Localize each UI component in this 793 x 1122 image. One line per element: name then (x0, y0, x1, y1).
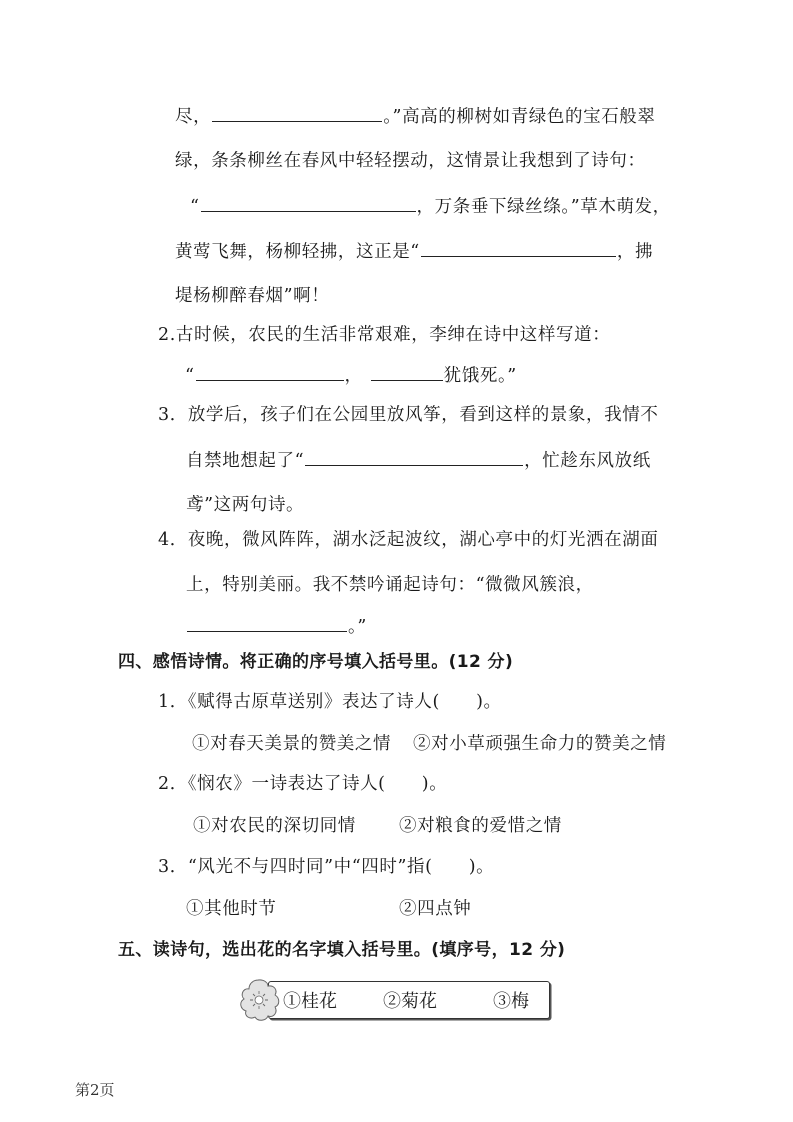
flower-option-3[interactable]: ③梅 (493, 987, 529, 1013)
section-4-question-1: 1．《赋得古原草送别》表达了诗人( )。 (158, 690, 502, 714)
section-4-question-2: 2．《悯农》一诗表达了诗人( )。 (158, 772, 447, 796)
section-5-heading: 五、读诗句，选出花的名字填入括号里。(填序号，12 分) (118, 938, 565, 962)
blank-2[interactable] (201, 194, 416, 212)
fill-line-3: “，万条垂下绿丝绦。”草木萌发， (190, 194, 671, 219)
fill-line-4: 黄莺飞舞，杨柳轻拂，这正是“，拂 (175, 239, 653, 264)
blank-6[interactable] (305, 448, 523, 466)
text: 。”高高的柳树如青绿色的宝石般翠 (383, 107, 655, 127)
text: 黄莺飞舞，杨柳轻拂，这正是“ (175, 242, 420, 262)
section-4-q2-option-2[interactable]: ②对粮食的爱惜之情 (399, 814, 562, 838)
section-4-q2-option-1[interactable]: ①对农民的深切同情 (193, 814, 356, 838)
question-3-line-1: 3．放学后，孩子们在公园里放风筝，看到这样的景象，我情不 (158, 403, 658, 427)
question-3-line-2: 自禁地想起了“，忙趁东风放纸 (186, 448, 651, 473)
flower-option-2[interactable]: ②菊花 (383, 987, 437, 1013)
blank-4[interactable] (196, 363, 344, 381)
question-2-text: 2.古时候，农民的生活非常艰难，李绅在诗中这样写道： (158, 323, 610, 347)
blank-1[interactable] (212, 104, 382, 122)
flower-option-1[interactable]: ①桂花 (283, 987, 337, 1013)
question-2-fill: “，犹饿死。” (185, 363, 517, 388)
question-4-line-2: 上，特别美丽。我不禁吟诵起诗句：“微微风簇浪， (186, 573, 594, 597)
blank-5[interactable] (371, 363, 443, 381)
text: ，忙趁东风放纸 (524, 451, 651, 471)
text: 自禁地想起了“ (186, 451, 304, 471)
section-4-q3-option-2[interactable]: ②四点钟 (399, 897, 471, 921)
fill-line-5: 堤杨柳醉春烟”啊！ (175, 284, 329, 308)
text: 尽， (175, 107, 211, 127)
section-4-q3-option-1[interactable]: ①其他时节 (186, 897, 277, 921)
text: 犹饿死。” (444, 366, 517, 386)
section-4-heading: 四、感悟诗情。将正确的序号填入括号里。(12 分) (118, 650, 513, 674)
flower-options-frame: ①桂花 ②菊花 ③梅 (268, 981, 550, 1019)
page-number: 第2页 (75, 1080, 115, 1100)
question-4-line-1: 4．夜晚，微风阵阵，湖水泛起波纹，湖心亭中的灯光洒在湖面 (158, 528, 658, 552)
text: ，拂 (617, 242, 653, 262)
text: ， (345, 366, 363, 386)
text: “ (190, 197, 200, 217)
blank-3[interactable] (421, 239, 616, 257)
fill-line-1: 尽，。”高高的柳树如青绿色的宝石般翠 (175, 104, 656, 129)
question-3-line-3: 鸢”这两句诗。 (186, 493, 304, 517)
text: 。” (348, 617, 367, 637)
question-4-line-3: 。” (186, 614, 367, 639)
section-4-question-3: 3．“风光不与四时同”中“四时”指( )。 (158, 855, 494, 879)
flower-options-box: ①桂花 ②菊花 ③梅 (238, 978, 552, 1022)
blank-7[interactable] (187, 614, 347, 632)
flower-decoration-icon (238, 978, 282, 1022)
section-4-q1-option-1[interactable]: ①对春天美景的赞美之情 (192, 732, 391, 756)
section-4-q1-option-2[interactable]: ②对小草顽强生命力的赞美之情 (413, 732, 666, 756)
text: ，万条垂下绿丝绦。”草木萌发， (417, 197, 671, 217)
fill-line-2: 绿，条条柳丝在春风中轻轻摆动，这情景让我想到了诗句： (175, 149, 646, 173)
text: “ (185, 366, 195, 386)
